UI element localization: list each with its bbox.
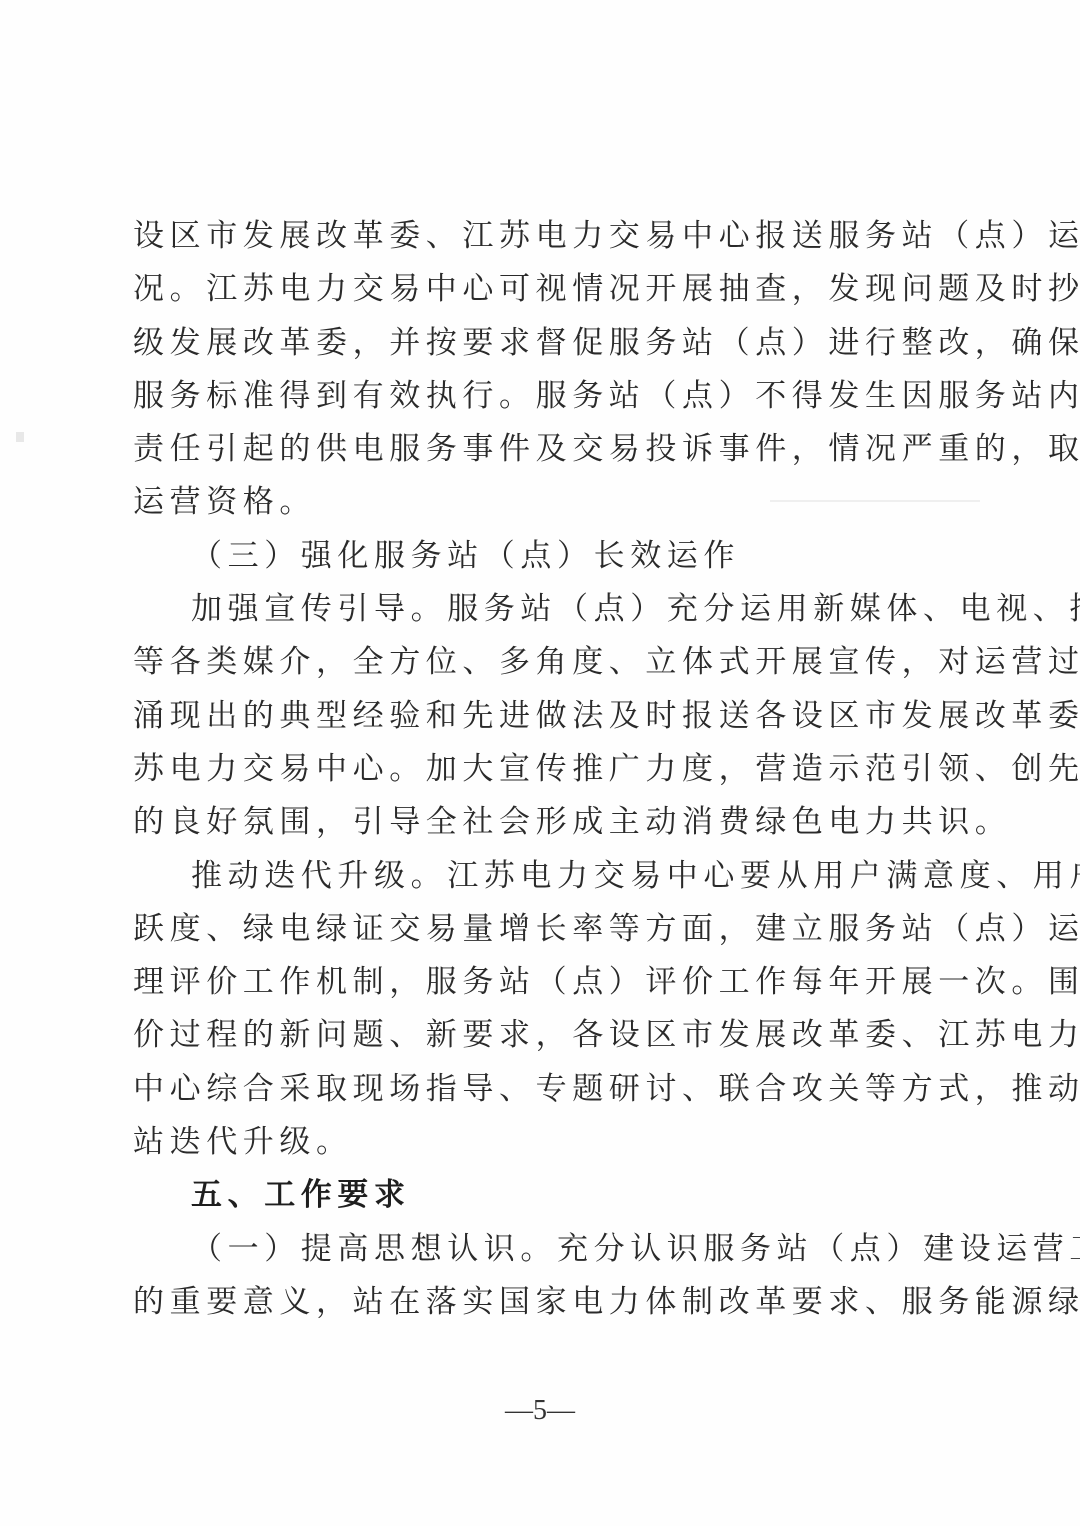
text-line: 级发展改革委，并按要求督促服务站（点）进行整改，确保各项	[133, 317, 948, 370]
paragraph-start-publicity: 加强宣传引导。服务站（点）充分运用新媒体、电视、报纸	[133, 583, 948, 636]
text-line: 设区市发展改革委、江苏电力交易中心报送服务站（点）运营情	[133, 210, 948, 263]
text-line: 的重要意义，站在落实国家电力体制改革要求、服务能源绿色转	[133, 1276, 948, 1329]
paragraph-start-awareness: （一）提高思想认识。充分认识服务站（点）建设运营工作	[133, 1223, 948, 1276]
document-page: 设区市发展改革委、江苏电力交易中心报送服务站（点）运营情 况。江苏电力交易中心可…	[0, 0, 1080, 1526]
text-line: 况。江苏电力交易中心可视情况开展抽查，发现问题及时抄送各	[133, 263, 948, 316]
page-number: —5—	[0, 1395, 1080, 1427]
text-line: 站迭代升级。	[133, 1116, 948, 1169]
text-line: 涌现出的典型经验和先进做法及时报送各设区市发展改革委、江	[133, 690, 948, 743]
text-line: 中心综合采取现场指导、专题研讨、联合攻关等方式，推动服务	[133, 1063, 948, 1116]
document-body: 设区市发展改革委、江苏电力交易中心报送服务站（点）运营情 况。江苏电力交易中心可…	[133, 210, 948, 1329]
text-line: 责任引起的供电服务事件及交易投诉事件，情况严重的，取消其	[133, 423, 948, 476]
paragraph-start-iteration: 推动迭代升级。江苏电力交易中心要从用户满意度、用户活	[133, 850, 948, 903]
text-line: 苏电力交易中心。加大宣传推广力度，营造示范引领、创先争优	[133, 743, 948, 796]
text-line: 服务标准得到有效执行。服务站（点）不得发生因服务站内人员	[133, 370, 948, 423]
text-line: 等各类媒介，全方位、多角度、立体式开展宣传，对运营过程中	[133, 636, 948, 689]
section-heading-work-requirements: 五、工作要求	[133, 1169, 948, 1222]
text-line: 的良好氛围，引导全社会形成主动消费绿色电力共识。	[133, 796, 948, 849]
text-line: 跃度、绿电绿证交易量增长率等方面，建立服务站（点）运营管	[133, 903, 948, 956]
scan-artifact	[16, 432, 24, 442]
subheading-strengthen-operation: （三）强化服务站（点）长效运作	[133, 530, 948, 583]
text-line: 理评价工作机制，服务站（点）评价工作每年开展一次。围绕评	[133, 956, 948, 1009]
text-line: 价过程的新问题、新要求，各设区市发展改革委、江苏电力交易	[133, 1009, 948, 1062]
text-line: 运营资格。	[133, 476, 948, 529]
